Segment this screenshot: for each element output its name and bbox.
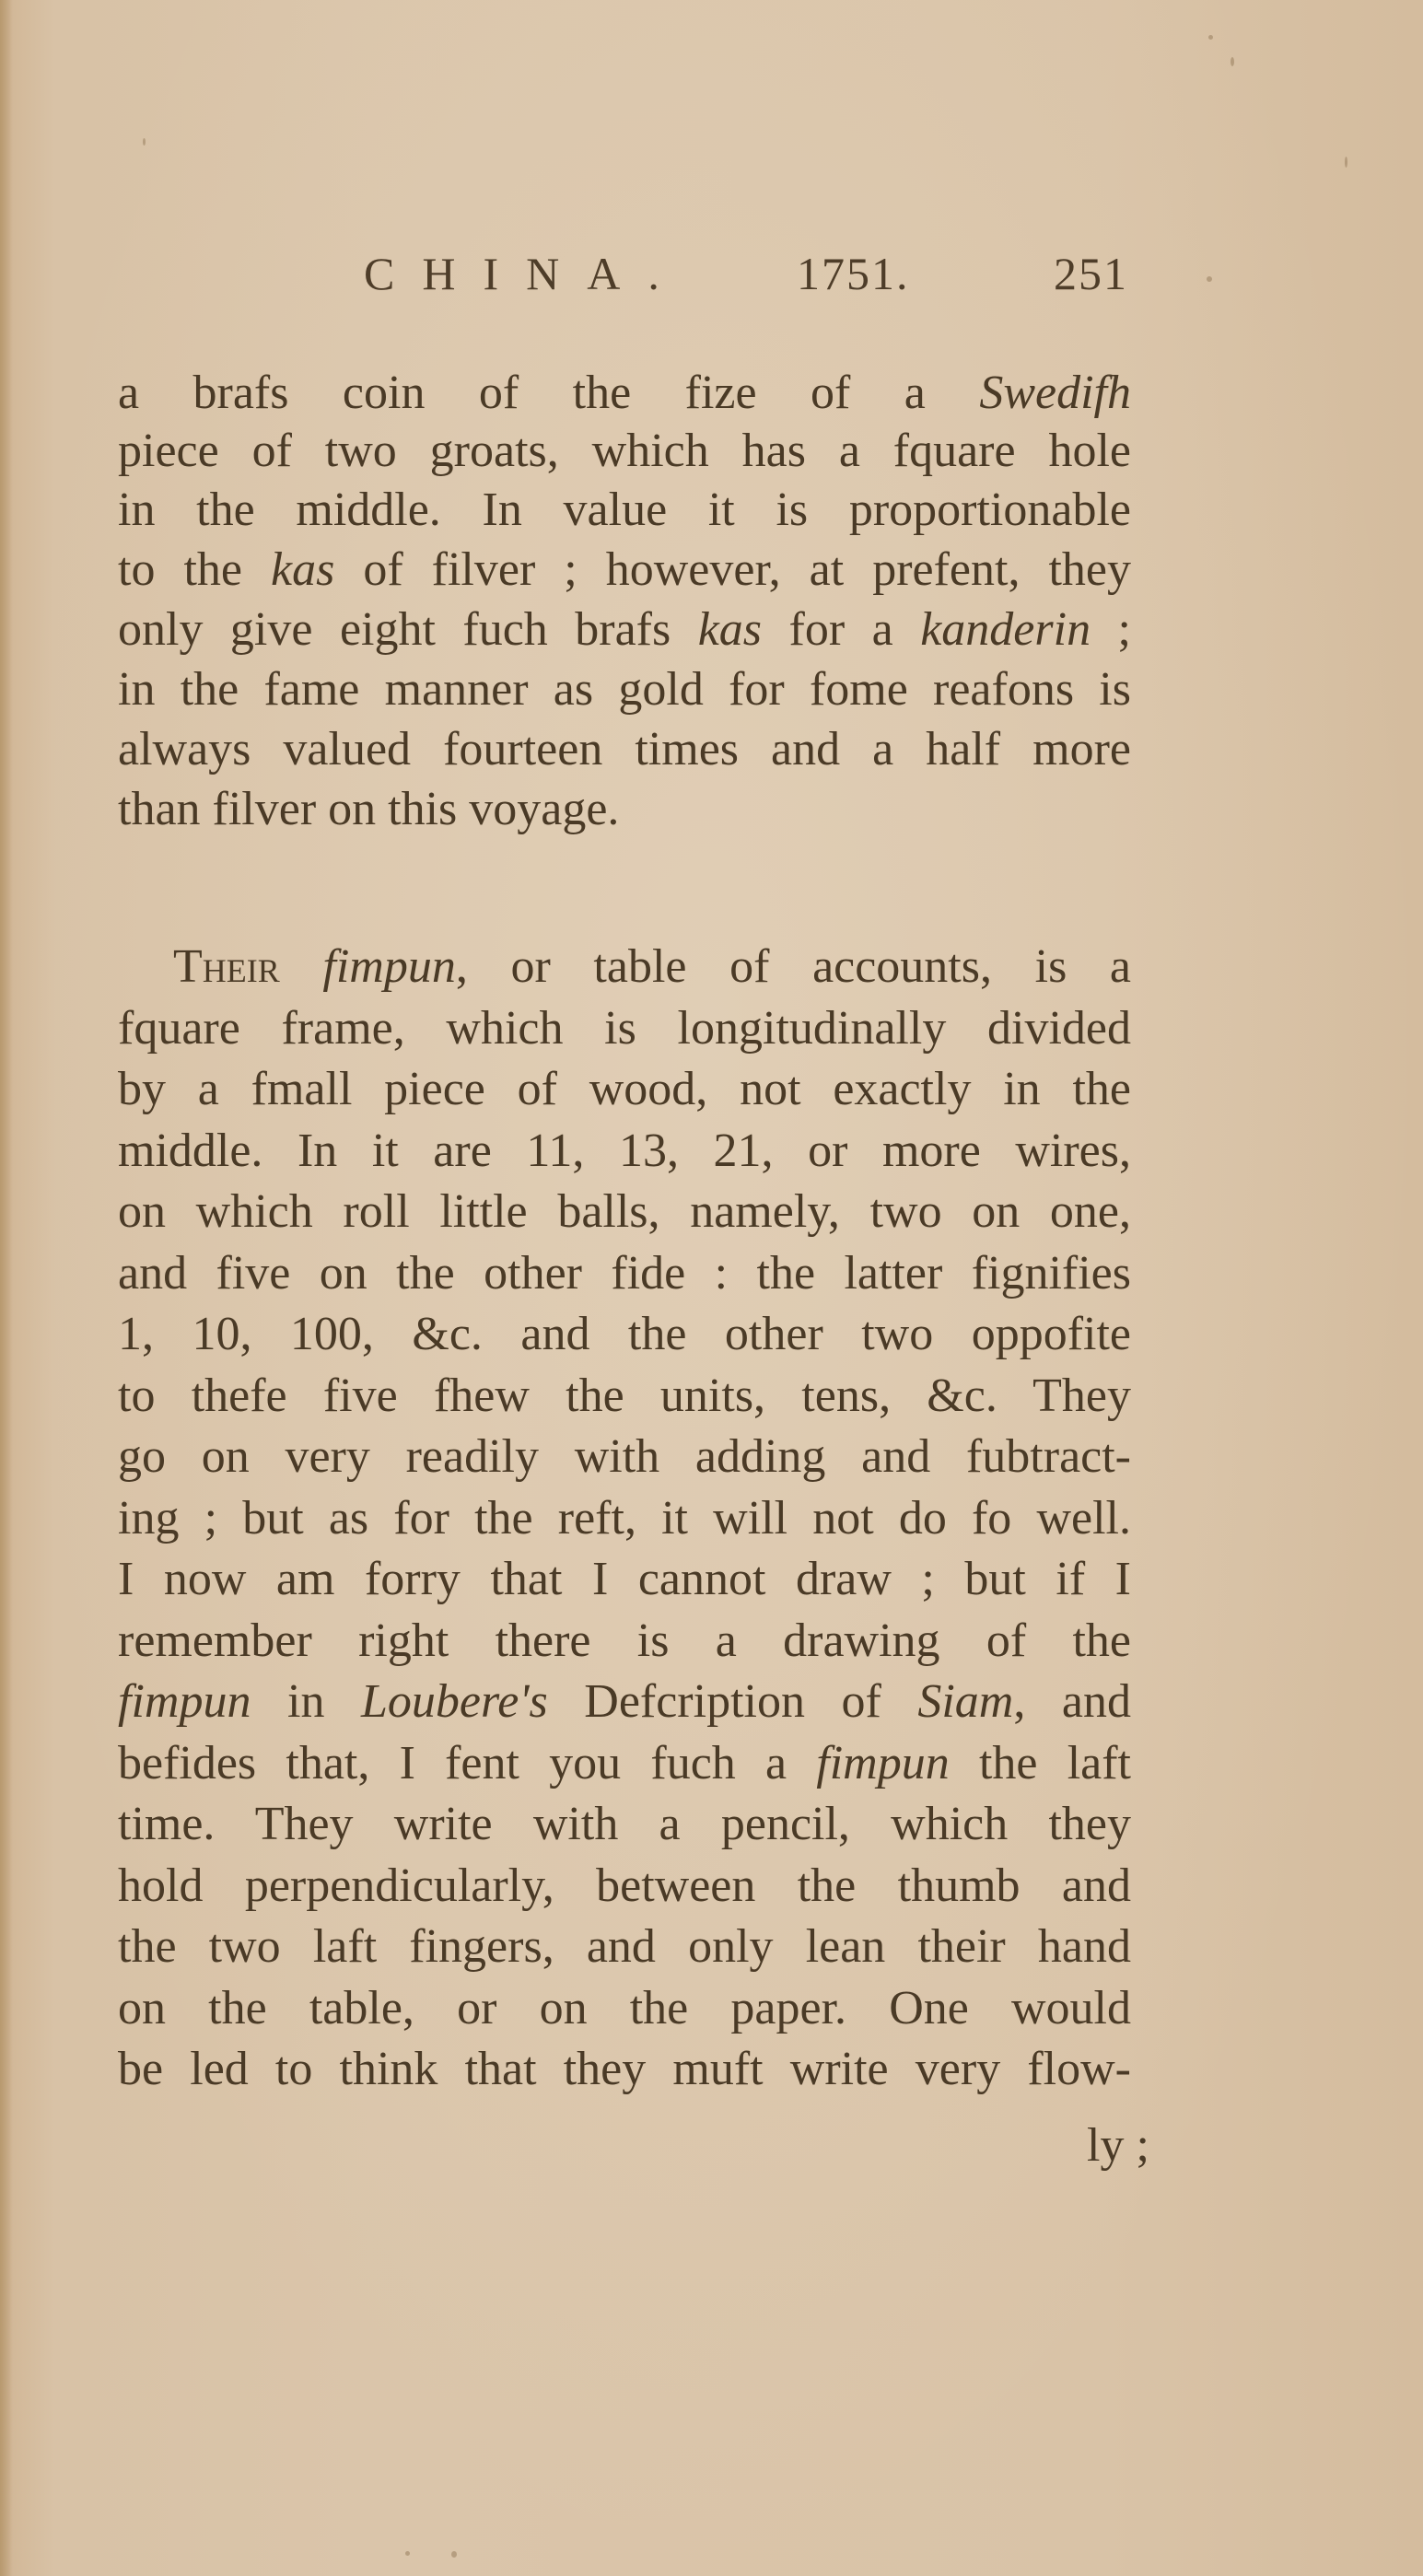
text-line: fquare frame, which is longitudinally di… (118, 999, 1131, 1058)
paper-speck (143, 138, 146, 146)
text-run (280, 940, 323, 993)
text-line: to the kas of filver ; however, at prefe… (118, 541, 1131, 600)
text-run: 1, 10, 100, &c. and the other two oppofi… (118, 1308, 1131, 1360)
text-line: by a fmall piece of wood, not exactly in… (118, 1060, 1131, 1119)
text-line: 1, 10, 100, &c. and the other two oppofi… (118, 1305, 1131, 1364)
italic-text: fimpun (118, 1675, 251, 1728)
italic-text: Swedifh (979, 367, 1131, 419)
text-run: befides that, I fent you fuch a (118, 1737, 816, 1789)
text-run: of filver ; however, at prefent, they (334, 543, 1131, 596)
text-run: , and (1013, 1675, 1131, 1728)
text-run: I now am forry that I cannot draw ; but … (118, 1553, 1131, 1605)
italic-text: kas (271, 543, 334, 596)
text-run: fquare frame, which is longitudinally di… (118, 1002, 1131, 1055)
text-line: always valued fourteen times and a half … (118, 720, 1131, 779)
paper-speck (1345, 157, 1347, 168)
italic-text: fimpun (816, 1737, 949, 1789)
text-run: hold perpendicularly, between the thumb … (118, 1859, 1131, 1912)
text-run: Defcription of (548, 1675, 918, 1728)
book-page: CHINA. 1751. 251 a brafs coin of the fiz… (0, 0, 1423, 2576)
text-run: time. They write with a pencil, which th… (118, 1798, 1131, 1850)
text-line: in the fame manner as gold for fome reaf… (118, 660, 1131, 719)
text-line: on the table, or on the paper. One would (118, 1979, 1131, 2038)
text-run: on which roll little balls, namely, two … (118, 1185, 1131, 1238)
text-line: fimpun in Loubere's Defcription of Siam,… (118, 1673, 1131, 1731)
text-run: to the (118, 543, 271, 596)
text-line: the two laft fingers, and only lean thei… (118, 1917, 1131, 1976)
paper-speck (405, 2551, 410, 2556)
running-head: CHINA. 1751. 251 (364, 247, 1128, 311)
text-line: be led to think that they muft write ver… (118, 2040, 1131, 2099)
italic-text: Loubere's (361, 1675, 548, 1728)
paper-speck (1207, 276, 1212, 282)
text-line: to thefe five fhew the units, tens, &c. … (118, 1367, 1131, 1426)
text-run: middle. In it are 11, 13, 21, or more wi… (118, 1125, 1131, 1177)
text-line: hold perpendicularly, between the thumb … (118, 1857, 1131, 1916)
text-line: a brafs coin of the fize of a Swedifh (118, 364, 1131, 423)
catchword: ly ; (1087, 2118, 1149, 2173)
text-line: only give eight fuch brafs kas for a kan… (118, 600, 1131, 659)
text-run: be led to think that they muft write ver… (118, 2043, 1131, 2095)
page-gutter-edge (0, 0, 13, 2576)
text-run: , or table of accounts, is a (456, 940, 1131, 993)
italic-text: kas (698, 603, 762, 656)
small-caps-text: Their (173, 940, 280, 993)
text-line: on which roll little balls, namely, two … (118, 1183, 1131, 1241)
text-line: ing ; but as for the reft, it will not d… (118, 1489, 1131, 1548)
paper-speck (1231, 57, 1234, 66)
text-line: remember right there is a drawing of the (118, 1612, 1131, 1671)
italic-text: kanderin (920, 603, 1091, 656)
text-line: go on very readily with adding and fubtr… (118, 1428, 1131, 1486)
paper-speck (451, 2551, 457, 2558)
text-run: the two laft fingers, and only lean thei… (118, 1920, 1131, 1973)
text-line: middle. In it are 11, 13, 21, or more wi… (118, 1122, 1131, 1181)
italic-text: fimpun (322, 940, 455, 993)
text-run: in the middle. In value it is proportion… (118, 484, 1131, 536)
text-run: ; (1091, 603, 1131, 656)
text-run: in the fame manner as gold for fome reaf… (118, 663, 1131, 716)
text-run: go on very readily with adding and fubtr… (118, 1430, 1131, 1483)
text-run: piece of two groats, which has a fquare … (118, 425, 1131, 477)
text-run: and five on the other fide : the latter … (118, 1247, 1131, 1300)
paper-speck (1208, 35, 1213, 40)
text-line: in the middle. In value it is proportion… (118, 481, 1131, 540)
text-line: than filver on this voyage. (118, 780, 1131, 839)
text-line: piece of two groats, which has a fquare … (118, 422, 1131, 481)
text-line: befides that, I fent you fuch a fimpun t… (118, 1734, 1131, 1793)
text-run: in (251, 1675, 361, 1728)
text-run: remember right there is a drawing of the (118, 1614, 1131, 1667)
page-number: 251 (1054, 247, 1128, 300)
running-head-year: 1751. (797, 247, 910, 300)
text-line: and five on the other fide : the latter … (118, 1244, 1131, 1303)
text-run: a brafs coin of the fize of a (118, 367, 979, 419)
text-run: by a fmall piece of wood, not exactly in… (118, 1063, 1131, 1115)
text-run: ing ; but as for the reft, it will not d… (118, 1492, 1131, 1544)
text-run: the laft (950, 1737, 1131, 1789)
running-head-title: CHINA. (364, 247, 687, 300)
text-line: Their fimpun, or table of accounts, is a (173, 938, 1131, 997)
text-run: on the table, or on the paper. One would (118, 1982, 1131, 2034)
italic-text: Siam (917, 1675, 1013, 1728)
text-line: time. They write with a pencil, which th… (118, 1795, 1131, 1854)
text-run: always valued fourteen times and a half … (118, 723, 1131, 775)
text-run: to thefe five fhew the units, tens, &c. … (118, 1370, 1131, 1422)
text-run: for a (762, 603, 920, 656)
text-line: I now am forry that I cannot draw ; but … (118, 1550, 1131, 1609)
text-run: only give eight fuch brafs (118, 603, 698, 656)
text-run: than filver on this voyage. (118, 783, 619, 835)
